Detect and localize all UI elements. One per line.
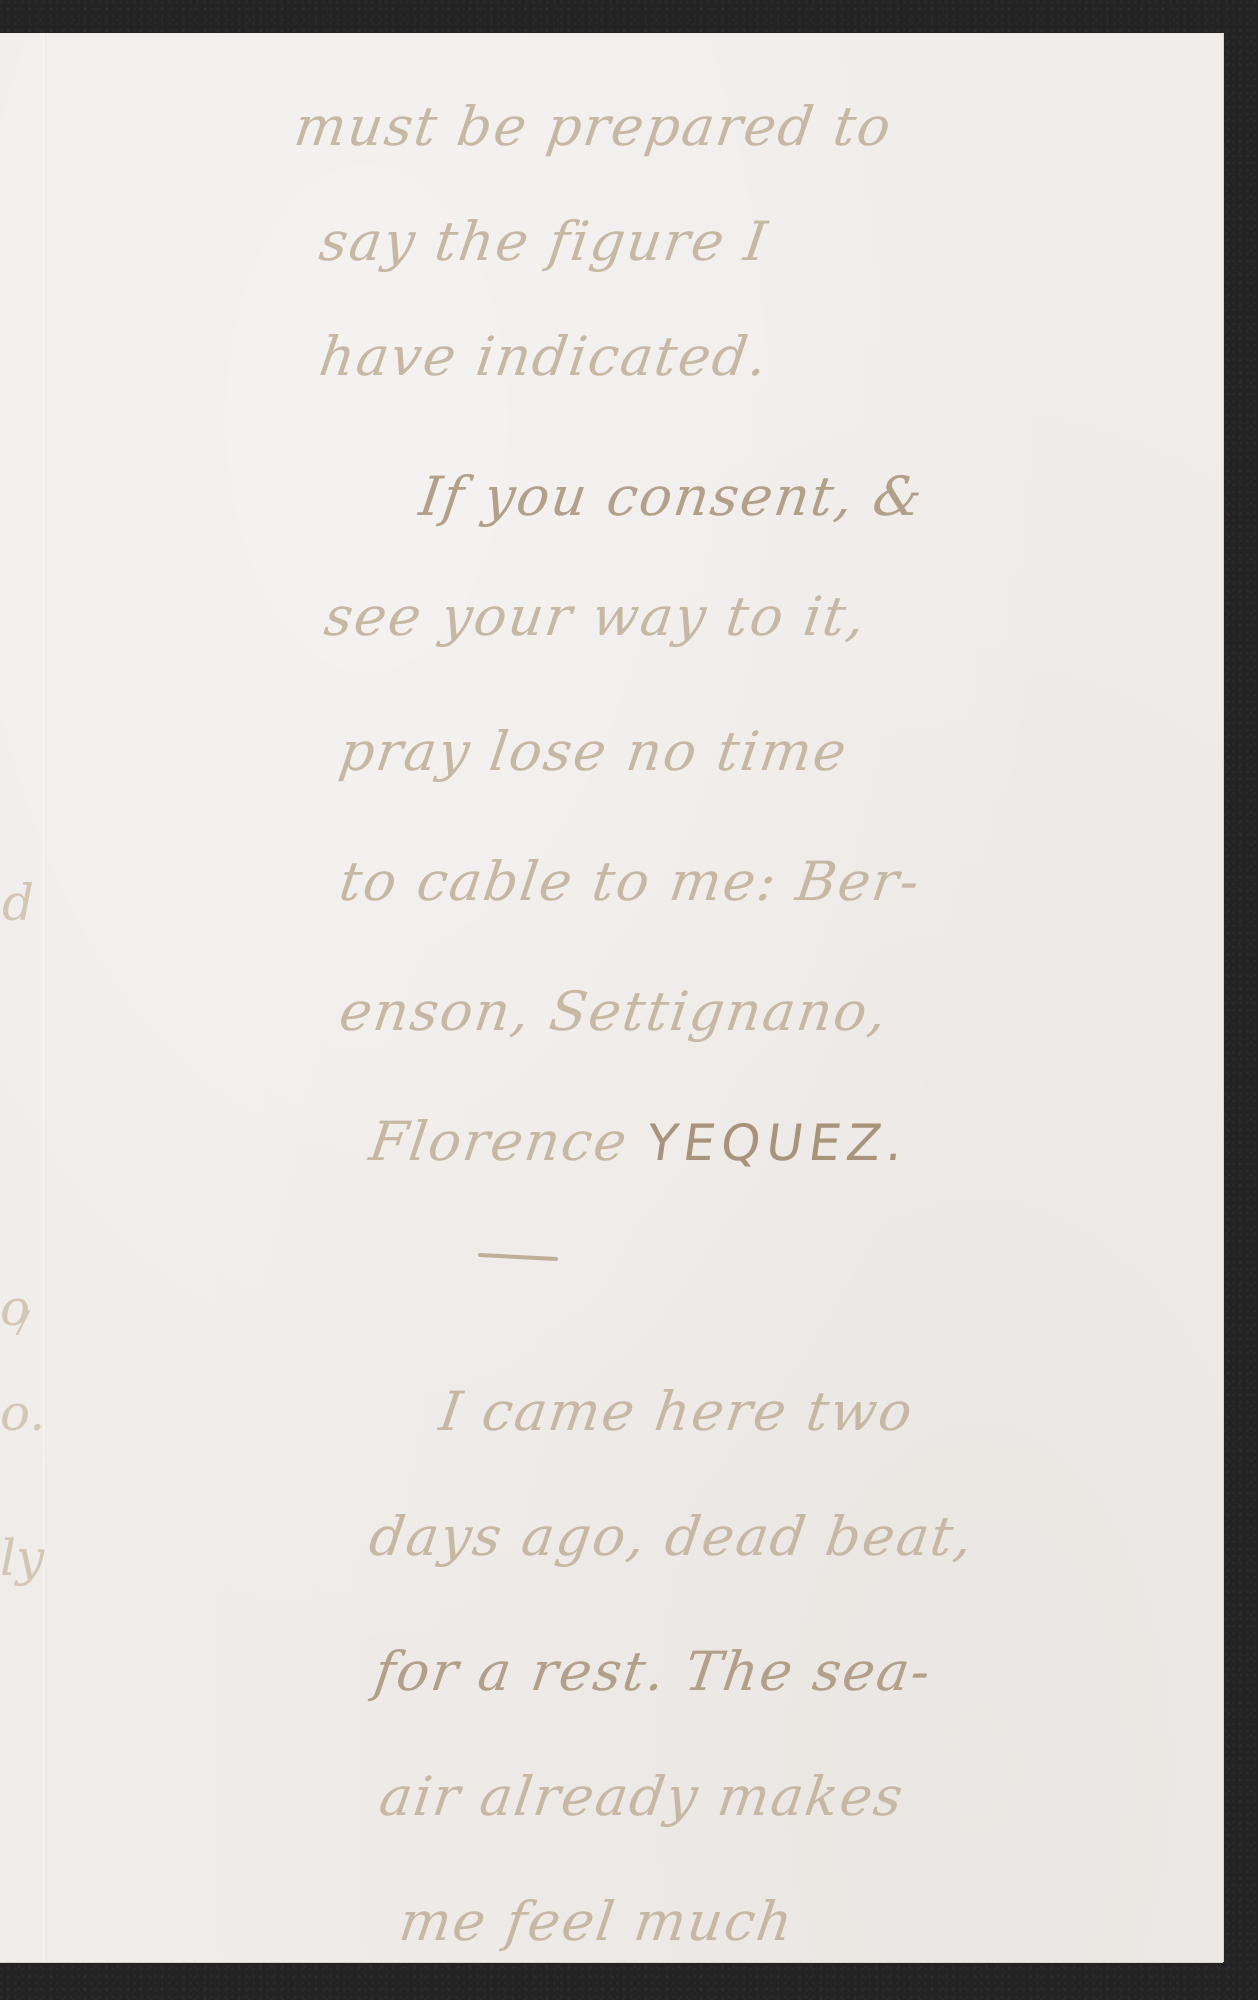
letter-line: see your way to it,: [321, 590, 870, 644]
bleed-through-fragment: ly: [0, 1533, 44, 1583]
bleed-through-fragment: d: [2, 878, 34, 928]
letter-line: If you consent, &: [416, 470, 927, 524]
letter-line: must be prepared to: [291, 100, 896, 154]
bleed-through-fragment: o.: [0, 1388, 45, 1438]
letter-line: pray lose no time: [336, 725, 851, 779]
letter-line: for a rest. The sea-: [371, 1645, 935, 1699]
letter-line: days ago, dead beat,: [366, 1510, 977, 1564]
letter-line: have indicated.: [316, 330, 772, 384]
letter-line: air already makes: [376, 1770, 907, 1824]
letter-line: enson, Settignano,: [336, 985, 891, 1039]
cable-code: YEQUEZ.: [643, 1114, 913, 1172]
bleed-through-fragment: /: [18, 1308, 28, 1338]
letter-line-address: Florence YEQUEZ.: [366, 1115, 913, 1169]
letter-line: say the figure I: [316, 215, 772, 269]
letter-line: to cable to me: Ber-: [336, 855, 924, 909]
address-city: Florence: [366, 1110, 633, 1173]
page-fold-crease: [43, 33, 46, 1962]
letter-line: me feel much: [396, 1895, 797, 1949]
letter-line: I came here two: [436, 1385, 917, 1439]
